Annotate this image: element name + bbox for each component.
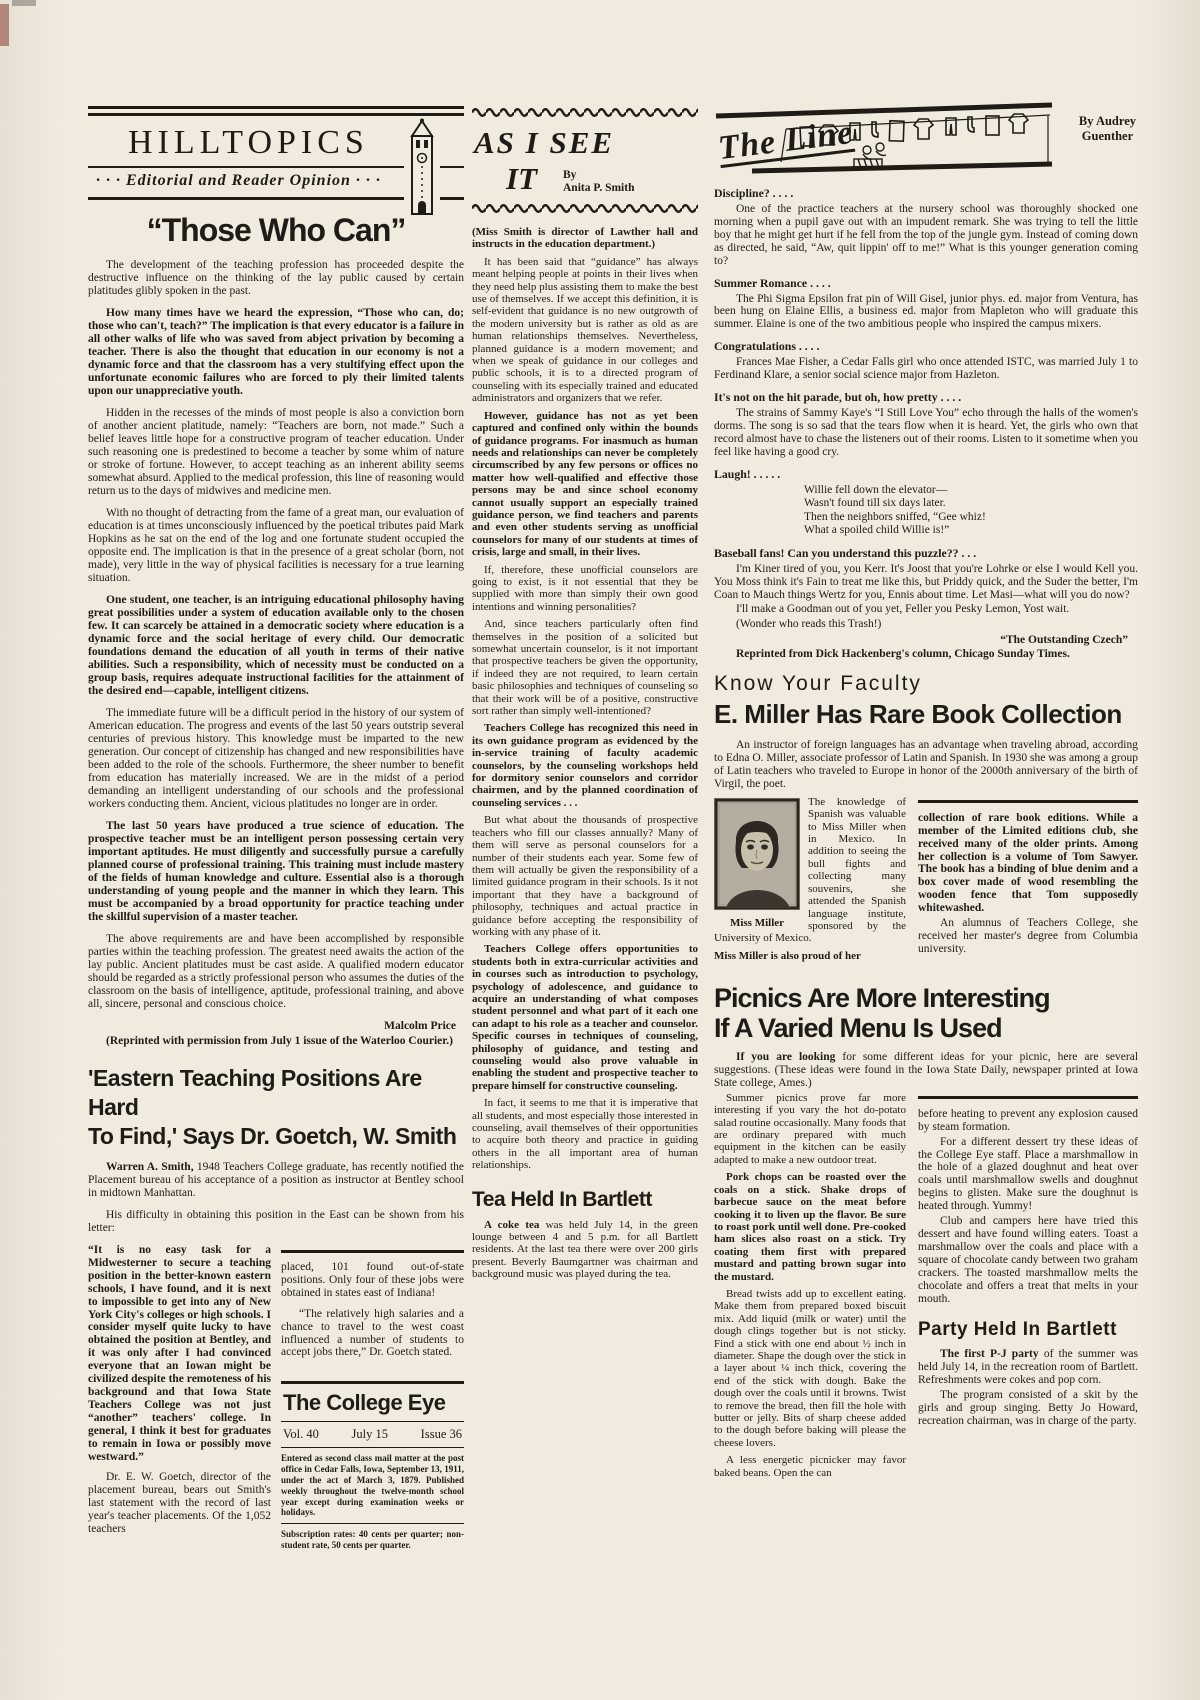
goetch-paragraph: Dr. E. W. Goetch, director of the placem… <box>88 1471 271 1536</box>
column-paragraph: Teachers College offers opportunities to… <box>472 943 698 1092</box>
picnics-subcolumns: Summer picnics prove far more interestin… <box>714 1092 1138 1484</box>
editorial-paragraph: Hidden in the recesses of the minds of m… <box>88 407 464 498</box>
faculty-intro: An instructor of foreign languages has a… <box>714 739 1138 791</box>
column-rule <box>281 1250 464 1253</box>
college-eye-masthead-box: The College Eye Vol. 40 July 15 Issue 36… <box>281 1381 464 1550</box>
faculty-left-subcolumn: Miss Miller The knowledge of Spanish was… <box>714 796 906 967</box>
gossip-paragraph: One of the practice teachers at the nurs… <box>714 203 1138 268</box>
editorial-paragraph: The development of the teaching professi… <box>88 259 464 298</box>
column-paragraph: But what about the thousands of prospect… <box>472 814 698 938</box>
column-title-line1: AS I SEE <box>472 122 698 161</box>
the-line-banner: The Line By Audrey Guenther <box>714 102 1138 178</box>
column-paragraph: However, guidance has not as yet been ca… <box>472 410 698 559</box>
picnics-paragraph: A less energetic picnicker may favor bak… <box>714 1454 906 1479</box>
picnics-paragraph: before heating to prevent any explosion … <box>918 1108 1138 1134</box>
faculty-collection-paragraph: collection of rare book editions. While … <box>918 812 1138 915</box>
campanile-tower-icon <box>404 118 440 216</box>
picnics-right-subcolumn: before heating to prevent any explosion … <box>918 1092 1138 1484</box>
byline-by: By <box>563 169 576 181</box>
headline-line: To Find,' Says Dr. Goetch, W. Smith <box>88 1123 456 1149</box>
headline-line: If A Varied Menu Is Used <box>714 1013 1002 1043</box>
photo-caption: Miss Miller <box>714 915 800 929</box>
picnics-paragraph: For a different dessert try these ideas … <box>918 1136 1138 1213</box>
picnics-paragraph: Pork chops can be roasted over the coals… <box>714 1171 906 1283</box>
masthead-rule <box>88 106 464 109</box>
headline-line: Picnics Are More Interesting <box>714 983 1050 1013</box>
newspaper-page: HILLTOPICS · · · Editorial and Reader Op… <box>0 0 1200 1700</box>
editorial-signature: Malcolm Price <box>88 1020 456 1032</box>
faculty-right-subcolumn: collection of rare book editions. While … <box>918 796 1138 967</box>
picnics-paragraph: Club and campers here have tried this de… <box>918 1215 1138 1305</box>
goetch-quote-paragraph: “The relatively high salaries and a chan… <box>281 1308 464 1360</box>
gossip-section-head: Laugh! . . . . . <box>714 467 1138 482</box>
eastern-left-subcolumn: “It is no easy task for a Midwesterner t… <box>88 1244 271 1556</box>
picnics-headline: Picnics Are More Interesting If A Varied… <box>714 983 1138 1043</box>
smith-letter-quote: “It is no easy task for a Midwesterner t… <box>88 1244 271 1463</box>
eastern-intro-paragraph: His difficulty in obtaining this positio… <box>88 1209 464 1235</box>
column-title-line2: IT By Anita P. Smith <box>472 161 698 200</box>
faculty-continuation-line: Miss Miller is also proud of her <box>714 950 906 962</box>
picnics-left-subcolumn: Summer picnics prove far more interestin… <box>714 1092 906 1484</box>
gossip-paragraph: The Phi Sigma Epsilon frat pin of Will G… <box>714 293 1138 332</box>
gossip-section-head: It's not on the hit parade, but oh, how … <box>714 390 1138 405</box>
headline-line: 'Eastern Teaching Positions Are Hard <box>88 1065 422 1120</box>
column-title-it: IT <box>472 161 537 197</box>
picnics-paragraph: Summer picnics prove far more interestin… <box>714 1092 906 1166</box>
as-i-see-it-header: AS I SEE IT By Anita P. Smith <box>472 104 698 218</box>
poem-line: Then the neighbors sniffed, “Gee whiz! <box>714 511 1138 525</box>
gossip-section-head: Discipline? . . . . <box>714 186 1138 201</box>
eastern-positions-headline: 'Eastern Teaching Positions Are Hard To … <box>88 1064 464 1151</box>
editorial-paragraph: One student, one teacher, is an intrigui… <box>88 594 464 698</box>
gossip-paragraph: Frances Mae Fisher, a Cedar Falls girl w… <box>714 356 1138 382</box>
editorial-paragraph: With no thought of detracting from the f… <box>88 507 464 585</box>
left-column: HILLTOPICS · · · Editorial and Reader Op… <box>88 0 464 1556</box>
gossip-paragraph: The strains of Sammy Kaye's “I Still Lov… <box>714 407 1138 459</box>
portrait-icon <box>714 798 800 910</box>
editorial-paragraph: How many times have we heard the express… <box>88 307 464 398</box>
credit-source: Reprinted from Dick Hackenberg's column,… <box>714 648 1138 660</box>
column-paragraph: In fact, it seems to me that it is imper… <box>472 1097 698 1171</box>
scan-edge-smudge <box>12 0 36 6</box>
volume-line: Vol. 40 July 15 Issue 36 <box>281 1422 464 1447</box>
byline-name: Anita P. Smith <box>563 182 634 194</box>
eastern-subcolumns: “It is no easy task for a Midwesterner t… <box>88 1244 464 1556</box>
byline-line: By Audrey <box>1079 114 1136 128</box>
credit-quote: “The Outstanding Czech” <box>714 634 1128 646</box>
faculty-headline: E. Miller Has Rare Book Collection <box>714 699 1138 730</box>
faculty-alumnus-paragraph: An alumnus of Teachers College, she rece… <box>918 917 1138 956</box>
lead-in: The first P-J party <box>940 1348 1039 1360</box>
subscription-notice: Subscription rates: 40 cents per quarter… <box>281 1529 464 1551</box>
gossip-paragraph: (Wonder who reads this Trash!) <box>714 618 1138 631</box>
picnics-intro: If you are looking for some different id… <box>714 1051 1138 1090</box>
byline-line: Guenther <box>1082 129 1133 143</box>
hilltopics-masthead: HILLTOPICS · · · Editorial and Reader Op… <box>88 106 464 200</box>
lead-in: If you are looking <box>736 1051 835 1063</box>
paper-title: The College Eye <box>281 1384 464 1421</box>
gossip-section-head: Congratulations . . . . <box>714 339 1138 354</box>
box-rule <box>281 1447 464 1448</box>
author-note: (Miss Smith is director of Lawther hall … <box>472 226 698 251</box>
entered-notice: Entered as second class mail matter at t… <box>281 1453 464 1518</box>
editorial-paragraph: The immediate future will be a difficult… <box>88 707 464 811</box>
editorial-reprint-note: (Reprinted with permission from July 1 i… <box>88 1035 464 1048</box>
column-paragraph: It has been said that “guidance” has alw… <box>472 256 698 405</box>
column-rule <box>918 800 1138 803</box>
issue-number: Issue 36 <box>421 1427 462 1442</box>
middle-column: AS I SEE IT By Anita P. Smith (Miss Smit… <box>472 0 698 1286</box>
poem-line: Wasn't found till six days later. <box>714 497 1138 511</box>
picnics-paragraph: Bread twists add up to excellent eating.… <box>714 1288 906 1449</box>
placements-paragraph: placed, 101 found out-of-state positions… <box>281 1261 464 1300</box>
column-byline: By Anita P. Smith <box>563 169 634 197</box>
eastern-intro-paragraph: Warren A. Smith, 1948 Teachers College g… <box>88 1161 464 1200</box>
rope-border-icon <box>472 204 698 213</box>
poem-line: What a spoiled child Willie is!” <box>714 524 1138 538</box>
column-paragraph: Teachers College has recognized this nee… <box>472 722 698 809</box>
column-paragraph: And, since teachers particularly often f… <box>472 618 698 717</box>
lead-in: Warren A. Smith, <box>106 1161 194 1173</box>
volume-number: Vol. 40 <box>283 1427 319 1442</box>
gossip-section-head: Baseball fans! Can you understand this p… <box>714 546 1138 561</box>
editorial-paragraph: The above requirements are and have been… <box>88 933 464 1011</box>
faculty-kicker: Know Your Faculty <box>714 672 1138 696</box>
right-column: The Line By Audrey Guenther Discipline? … <box>714 0 1138 1484</box>
editorial-headline: “Those Who Can” <box>88 212 464 249</box>
gossip-paragraph: I'll make a Goodman out of you yet, Fell… <box>714 603 1138 616</box>
miss-miller-photo: Miss Miller <box>714 798 800 929</box>
faculty-subcolumns: Miss Miller The knowledge of Spanish was… <box>714 796 1138 967</box>
scan-edge-mark <box>0 4 9 46</box>
gossip-section-head: Summer Romance . . . . <box>714 276 1138 291</box>
editorial-paragraph: The last 50 years have produced a true s… <box>88 820 464 924</box>
poem-line: Willie fell down the elevator— <box>714 484 1138 498</box>
tea-headline: Tea Held In Bartlett <box>472 1188 698 1212</box>
rope-border-icon <box>472 108 698 117</box>
issue-date: July 15 <box>352 1427 388 1442</box>
gossip-paragraph: I'm Kiner tired of you, you Kerr. It's J… <box>714 563 1138 602</box>
party-headline: Party Held In Bartlett <box>918 1319 1138 1341</box>
party-paragraph: The program consisted of a skit by the g… <box>918 1389 1138 1428</box>
eastern-right-subcolumn: placed, 101 found out-of-state positions… <box>281 1244 464 1556</box>
party-paragraph: The first P-J party of the summer was he… <box>918 1348 1138 1387</box>
tea-paragraph: A coke tea was held July 14, in the gree… <box>472 1219 698 1281</box>
column-rule <box>918 1096 1138 1099</box>
the-line-byline: By Audrey Guenther <box>1079 114 1136 144</box>
box-rule <box>281 1523 464 1524</box>
column-paragraph: If, therefore, these unofficial counselo… <box>472 564 698 614</box>
lead-in: A coke tea <box>484 1219 539 1231</box>
